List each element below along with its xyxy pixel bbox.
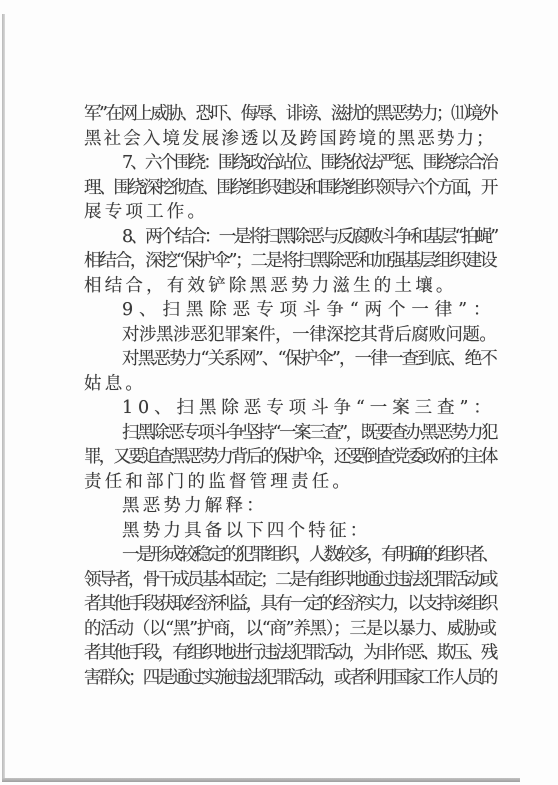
text-line: 对涉黑涉恶犯罪案件，一律深挖其背后腐败问题。 [122,323,496,347]
paragraph-item-9: 9、扫黑除恶专项斗争“两个一律”： [122,298,496,322]
text-line: 对黑恶势力“关系网”、“保护伞”，一律一查到底、绝不 [122,347,496,371]
scanned-page: 军”在网上威胁、恐吓、侮辱、诽谤、滋扰的黑恶势力；⑾境外 黑社会入境发展渗透以及… [0,0,558,785]
scan-left-edge [2,14,5,782]
text-line: 相结合，有效铲除黑恶势力滋生的土壤。 [84,274,457,298]
text-line: 一是形成较稳定的犯罪组织，人数较多，有明确的组织者、 [122,543,496,567]
text-line: 黑社会入境发展渗透以及跨国跨境的黑恶势力； [84,127,496,151]
text-line: 扫黑除恶专项斗争坚持“一案三查”，既要查办黑恶势力犯 [122,421,496,445]
text-line: 军”在网上威胁、恐吓、侮辱、诽谤、滋扰的黑恶势力；⑾境外 [84,102,496,126]
text-line: 相结合，深挖“保护伞”；二是将扫黑除恶和加强基层组织建设 [84,249,496,273]
text-line: 害群众；四是通过实施违法犯罪活动，或者利用国家工作人员的 [84,666,496,690]
text-line: 罪，又要追查黑恶势力背后的保护伞，还要倒查党委政府的主体 [84,445,496,469]
paragraph-item-7: 7、六个围绕：围绕政治站位、围绕依法严惩、围绕综合治 [122,151,496,175]
text-line: 黑势力具备以下四个特征： [122,519,370,543]
text-line: 姑息。 [84,372,146,396]
text-line: 的活动（以“黑”护商，以“商”养黑）；三是以暴力、威胁或 [84,617,496,641]
text-line: 者其他手段，有组织地进行违法犯罪活动，为非作恶、欺压、残 [84,641,496,665]
text-line: 理、围绕深挖彻查、围绕组织建设和围绕组织领导六个方面，开 [84,176,496,200]
paragraph-item-10: 10、扫黑除恶专项斗争“一案三查”： [122,396,496,420]
text-line: 者其他手段获取经济利益，具有一定的经济实力，以支持该组织 [84,592,496,616]
text-line: 责任和部门的监督管理责任。 [84,470,353,494]
section-heading: 黑恶势力解释： [122,494,267,518]
text-line: 领导者，骨干成员基本固定；二是有组织地通过违法犯罪活动或 [84,568,496,592]
text-line: 展专项工作。 [84,200,208,224]
scan-bottom-edge [2,778,520,782]
paragraph-item-8: 8、两个结合：一是将扫黑除恶与反腐败斗争和基层“拍蝇” [122,225,496,249]
